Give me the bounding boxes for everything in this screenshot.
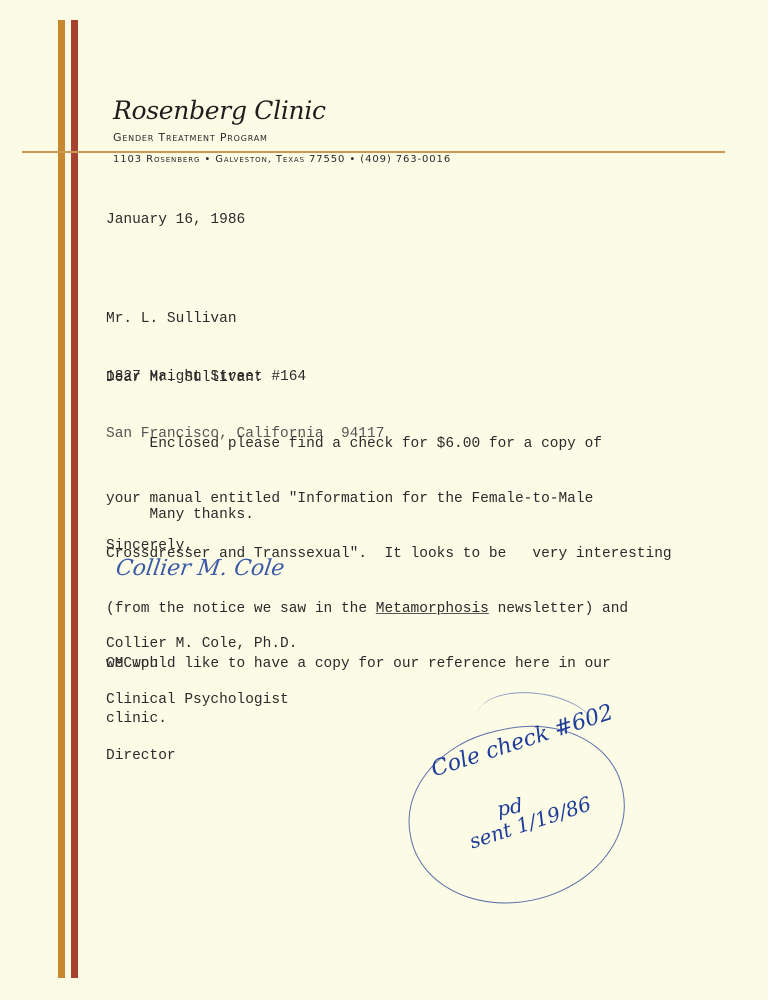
letter-date: January 16, 1986 xyxy=(106,210,245,230)
signer-role: Director xyxy=(106,748,297,764)
clinic-name: Rosenberg Clinic xyxy=(113,96,326,125)
signer-title: Clinical Psychologist xyxy=(106,692,297,708)
letterhead-rule xyxy=(22,151,725,153)
typist-initials: CMC:ph xyxy=(106,654,158,674)
signature-block: Collier M. Cole, Ph.D. Clinical Psycholo… xyxy=(106,596,297,784)
thanks-line: Many thanks. xyxy=(106,505,254,525)
clinic-address: 1103 Rosenberg • Galveston, Texas 77550 … xyxy=(113,154,451,165)
closing: Sincerely, xyxy=(106,536,193,556)
program-name: Gender Treatment Program xyxy=(113,131,268,144)
letterhead-stripe-gold xyxy=(58,20,65,978)
signer-name: Collier M. Cole, Ph.D. xyxy=(106,636,297,652)
body-line: Enclosed please find a check for $6.00 f… xyxy=(106,437,672,452)
handwritten-signature: Collier M. Cole xyxy=(114,556,286,581)
newsletter-title: Metamorphosis xyxy=(376,601,489,617)
recipient-name: Mr. L. Sullivan xyxy=(106,311,384,329)
salutation: Dear Mr. Sullivan: xyxy=(106,368,263,388)
body-text: newsletter) and xyxy=(489,601,628,617)
letterhead-stripe-red xyxy=(71,20,78,978)
